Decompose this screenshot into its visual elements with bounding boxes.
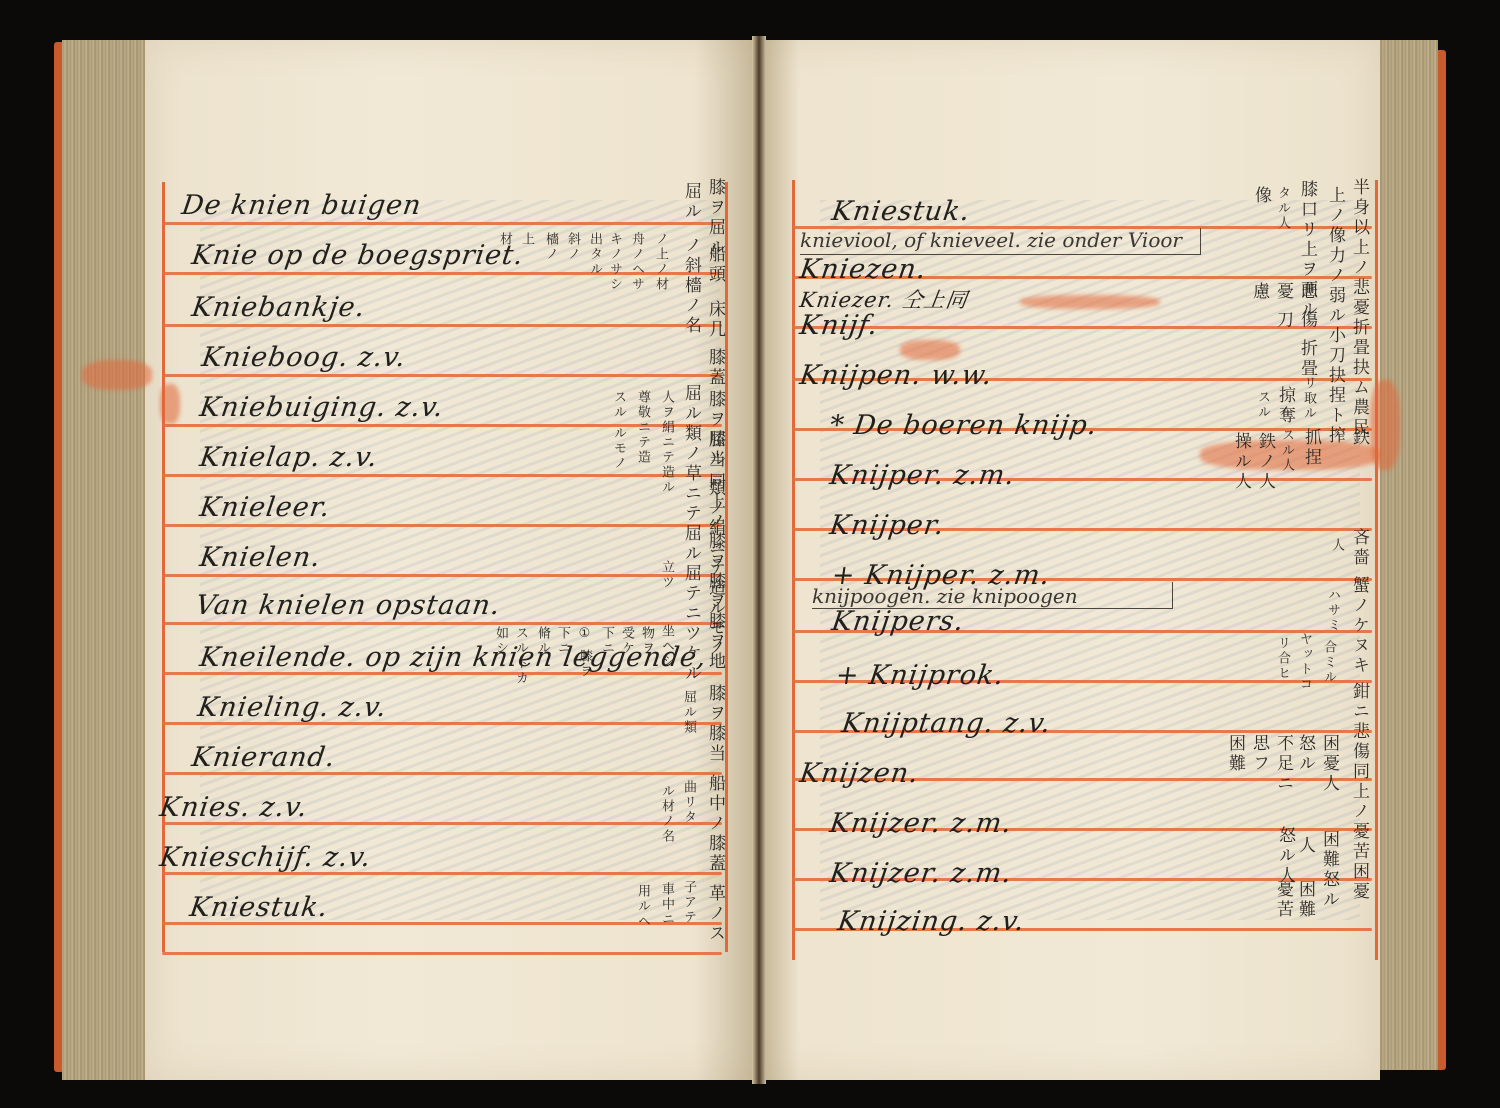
entry-gloss-japanese: 半身以上ノ悲憂折畳抉ム農民	[1350, 178, 1367, 438]
entry-gloss-japanese: 下ニ	[600, 626, 613, 656]
entry-gloss-japanese: 思フ	[1250, 734, 1267, 774]
entry-gloss-japanese: 脩ル	[536, 626, 549, 656]
entry-gloss-japanese: 上ノ像力ノ弱ル小刀抉捏ト搾	[1326, 186, 1343, 446]
rule	[162, 622, 722, 625]
rule	[162, 474, 722, 477]
entry-dutch: Knieling. z.v.	[196, 692, 389, 723]
entry-dutch: + Knijprok.	[834, 660, 1007, 691]
entry-dutch: Kniezen.	[798, 254, 929, 285]
entry-gloss-japanese: ① 膝ヲ	[578, 626, 591, 679]
annotation-box	[800, 228, 1201, 255]
entry-gloss-japanese: 屈ル類ノ草ニテ屈ル屈テニツケル	[682, 384, 699, 684]
entry-gloss-japanese: 人	[1330, 538, 1343, 553]
entry-dutch: Knieleer.	[198, 492, 333, 523]
entry-dutch: Knijper. z.m.	[828, 460, 1017, 491]
entry-dutch: Knies. z.v.	[158, 792, 310, 823]
entry-gloss-japanese: 下ニ	[556, 626, 569, 656]
entry-gloss-japanese: 鉄ノ人	[1256, 432, 1273, 492]
entry-dutch: Knijper.	[828, 510, 947, 541]
entry-gloss-japanese: 上	[520, 232, 533, 247]
entry-gloss-japanese: 膝ヲ膝当	[706, 684, 723, 764]
entry-gloss-japanese: 舟ノヘサ	[630, 232, 643, 292]
rule	[162, 324, 722, 327]
rule	[162, 574, 722, 577]
entry-dutch: Van knielen opstaan.	[194, 590, 503, 621]
entry-gloss-japanese: タル人	[1276, 186, 1289, 231]
entry-gloss-japanese: 困難怒ル	[1320, 830, 1337, 910]
entry-gloss-japanese: リ合ヒ	[1276, 636, 1289, 681]
ink-stain	[82, 360, 152, 390]
open-book: De knien buigen Knie op de boegspriet. K…	[0, 0, 1500, 1108]
entry-gloss-japanese: 尊敬ニテ造	[636, 390, 649, 465]
book-gutter	[752, 36, 766, 1084]
entry-gloss-japanese: 怒ル	[1296, 734, 1313, 774]
ink-stain	[160, 384, 180, 424]
entry-gloss-japanese: 人ヲ絹ニテ造ル	[660, 390, 673, 495]
entry-dutch: Knielap. z.v.	[198, 442, 380, 473]
entry-gloss-japanese: 操ル人	[1232, 432, 1249, 492]
entry-gloss-japanese: 像	[1252, 186, 1269, 206]
entry-gloss-japanese: スルトカ	[514, 626, 527, 686]
entry-gloss-japanese: 憂 刀	[1274, 282, 1291, 330]
entry-gloss-japanese: 斜ノ	[566, 232, 579, 262]
entry-dutch: Knijpers.	[830, 606, 967, 637]
entry-gloss-japanese: ノ上ノ材	[654, 232, 667, 292]
entry-gloss-japanese: 悲 傷 折畳	[1298, 282, 1315, 379]
ink-stain	[900, 340, 960, 360]
entry-gloss-japanese: 立ツ	[660, 560, 673, 590]
entry-gloss-japanese: 困憂人	[1320, 734, 1337, 794]
entry-gloss-japanese: 出タル	[588, 232, 601, 277]
entry-gloss-japanese: 材	[498, 232, 511, 247]
entry-gloss-japanese: 物ヲ	[640, 626, 653, 656]
entry-gloss-japanese: 受ケ	[620, 626, 633, 656]
entry-gloss-japanese: 車中ニ	[660, 882, 673, 927]
entry-gloss-japanese: 困難	[1226, 734, 1243, 774]
entry-gloss-japanese: ル材ノ名	[660, 784, 673, 844]
entry-gloss-japanese: 用ルヘ	[636, 884, 649, 929]
entry-gloss-japanese: 合ミル	[1322, 640, 1335, 685]
entry-gloss-japanese: 子アテ	[682, 880, 695, 925]
entry-gloss-japanese: 革ノス	[706, 884, 723, 944]
entry-dutch: Kniebankje.	[190, 292, 368, 323]
entry-dutch: Kniebuiging. z.v.	[198, 392, 446, 423]
entry-dutch: Kniestuk.	[188, 892, 331, 923]
entry-gloss-japanese: 困難	[1296, 880, 1313, 920]
rule	[162, 222, 722, 225]
entry-gloss-japanese: 船中ノ膝蓋	[706, 774, 723, 874]
annotation-box	[812, 582, 1173, 609]
entry-gloss-japanese: 鉗ニ悲傷同上ノ憂苦困憂	[1350, 682, 1367, 902]
rule	[162, 952, 722, 955]
entry-dutch: Knijzen.	[798, 758, 921, 789]
entry-dutch: Knijzer. z.m.	[828, 808, 1014, 839]
entry-gloss-japanese: 人	[1296, 836, 1313, 856]
entry-gloss-japanese: ノ斜檣ノ名	[682, 236, 699, 336]
entry-dutch: Knijf.	[798, 310, 881, 341]
entry-gloss-japanese: 掠奪	[1276, 386, 1293, 426]
entry-gloss-japanese: 慮	[1250, 282, 1267, 302]
entry-gloss-japanese: スル	[1256, 390, 1269, 420]
entry-gloss-japanese: 怒ル人	[1276, 826, 1293, 886]
entry-dutch: Knijzer. z.m.	[828, 858, 1014, 889]
ink-stain	[1370, 380, 1400, 470]
entry-gloss-japanese: 床几	[706, 300, 723, 340]
entry-gloss-japanese: 鉄	[1350, 428, 1367, 448]
entry-dutch: * De boeren knijp.	[828, 410, 1100, 441]
entry-gloss-japanese: 不足ニ	[1274, 734, 1291, 794]
entry-gloss-japanese: 憂苦	[1274, 880, 1291, 920]
entry-gloss-japanese: 膝蓋	[706, 348, 723, 388]
entry-gloss-japanese: リ取ル	[1302, 376, 1315, 421]
entry-gloss-japanese: 坐ヘシ	[660, 624, 673, 669]
left-page-edges	[62, 40, 148, 1080]
entry-gloss-japanese: 抓捏	[1302, 428, 1319, 468]
entry-gloss-japanese: 如シ	[494, 626, 507, 656]
entry-dutch: Knie op de boegspriet.	[190, 240, 526, 271]
rule	[162, 524, 722, 527]
entry-gloss-japanese: 屈ル類	[682, 690, 695, 735]
entry-gloss-japanese: スル ルモノ	[612, 390, 625, 471]
entry-gloss-japanese: 屈ル	[682, 182, 699, 222]
entry-gloss-japanese: スル人	[1280, 428, 1293, 473]
entry-gloss-japanese: 同上ノ膝ヲ膝ヲ膝ヲ地	[706, 472, 723, 672]
right-page-edges	[1376, 40, 1438, 1070]
entry-dutch: Knielen.	[198, 542, 323, 573]
entry-gloss-japanese: 吝嗇	[1350, 528, 1367, 568]
entry-dutch: Knierand.	[190, 742, 338, 773]
entry-dutch: Knieboog. z.v.	[200, 342, 408, 373]
entry-gloss-japanese: キノサシ	[608, 232, 621, 292]
entry-gloss-japanese: ハサミ	[1326, 588, 1339, 633]
entry-dutch: Knieschijf. z.v.	[158, 842, 374, 873]
ink-stain	[1020, 295, 1160, 309]
entry-dutch: Knijptang. z.v.	[840, 708, 1053, 739]
entry-dutch: De knien buigen	[180, 190, 424, 221]
entry-gloss-japanese: 檣ノ	[544, 232, 557, 262]
entry-dutch: Kniestuk.	[830, 196, 973, 227]
entry-gloss-japanese: 船頭	[706, 245, 723, 285]
entry-gloss-japanese: 蟹ノケヌキ	[1350, 576, 1367, 676]
entry-dutch: Knijzing. z.v.	[836, 906, 1027, 937]
entry-gloss-japanese: ヤットコ	[1298, 632, 1311, 692]
entry-gloss-japanese: 曲リタ	[682, 780, 695, 825]
entry-dutch: Knijpen. w.w.	[798, 360, 995, 391]
rule	[162, 374, 722, 377]
